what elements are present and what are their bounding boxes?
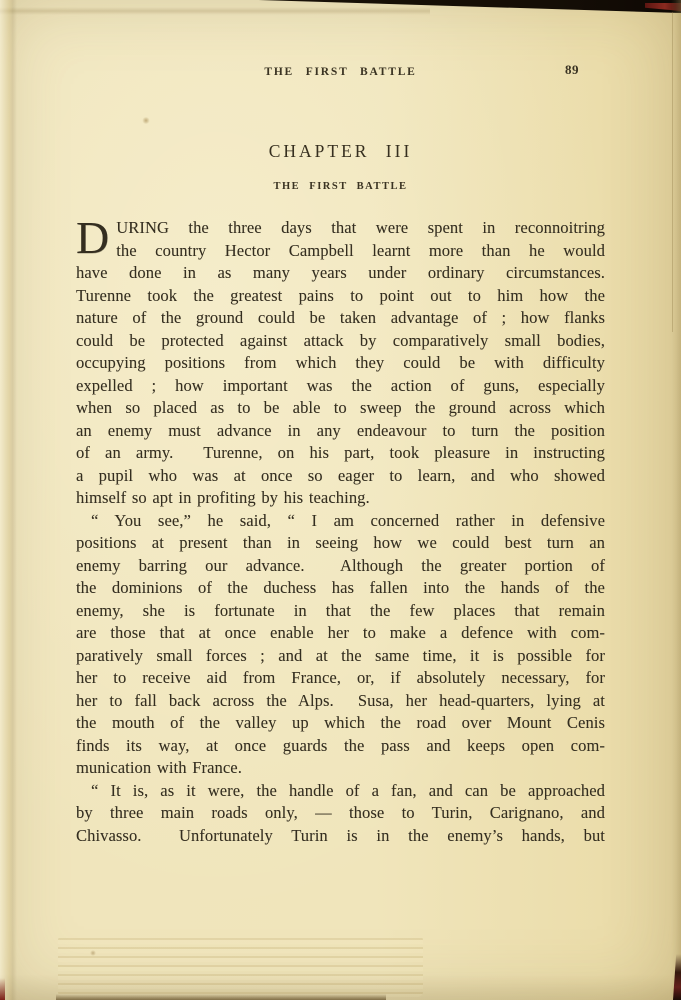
text-line: have done in as many years under ordinar… [76, 262, 605, 285]
paper-spot [142, 117, 150, 124]
text-line: nature of the ground could be taken adva… [76, 307, 605, 330]
paragraph-1: D URING the three days that were spent i… [76, 217, 605, 510]
text-line: the mouth of the valley up which the roa… [76, 712, 605, 735]
text-line: the dominions of the duchess has fallen … [76, 577, 605, 600]
page-right-edge-line [672, 12, 673, 332]
paragraph-3: “ It is, as it were, the handle of a fan… [76, 780, 605, 848]
text-line: paratively small forces ; and at the sam… [76, 645, 605, 668]
text-line: occupying positions from which they coul… [76, 352, 605, 375]
text-line: her to receive aid from France, or, if a… [76, 667, 605, 690]
text-line: Turenne took the greatest pains to point… [76, 285, 605, 308]
running-head: THE FIRST BATTLE 89 [76, 62, 605, 80]
text-line: enemy barring our advance. Although the … [76, 555, 605, 578]
chapter-heading: CHAPTER III [0, 141, 681, 162]
book-cover-corner-bottom-left [0, 978, 5, 1000]
text-line: of an army. Turenne, on his part, took p… [76, 442, 605, 465]
text-line: “ It is, as it were, the handle of a fan… [76, 780, 605, 803]
text-line: positions at present than in seeing how … [76, 532, 605, 555]
text-line: the country Hector Campbell learnt more … [76, 240, 605, 263]
text-line: “ You see,” he said, “ I am concerned ra… [76, 510, 605, 533]
text-line: are those that at once enable her to mak… [76, 622, 605, 645]
text-line: munication with France. [76, 757, 605, 780]
body-text: D URING the three days that were spent i… [76, 217, 605, 847]
text-line: by three main roads only, — those to Tur… [76, 802, 605, 825]
text-line: when so placed as to be able to sweep th… [76, 397, 605, 420]
text-line: a pupil who was at once so eager to lear… [76, 465, 605, 488]
book-page-scan: THE FIRST BATTLE 89 CHAPTER III THE FIRS… [0, 0, 681, 1000]
page-bottom-shadow [0, 974, 681, 1000]
text-line: URING the three days that were spent in … [76, 217, 605, 240]
text-line: expelled ; how important was the action … [76, 375, 605, 398]
text-line: Chivasso. Unfortunately Turin is in the … [76, 825, 605, 848]
text-line: an enemy must advance in any endeavour t… [76, 420, 605, 443]
text-line: enemy, she is fortunate in that the few … [76, 600, 605, 623]
page-number: 89 [565, 62, 579, 78]
chapter-subtitle: THE FIRST BATTLE [0, 181, 681, 192]
page-top-shadow [0, 7, 430, 15]
paragraph-2: “ You see,” he said, “ I am concerned ra… [76, 510, 605, 780]
text-line: himself so apt in profiting by his teach… [76, 487, 605, 510]
paper-spot [90, 950, 96, 956]
running-title: THE FIRST BATTLE [264, 66, 416, 78]
text-line: could be protected against attack by com… [76, 330, 605, 353]
text-line: her to fall back across the Alps. Susa, … [76, 690, 605, 713]
text-line: finds its way, at once guards the pass a… [76, 735, 605, 758]
drop-cap: D [76, 217, 116, 261]
